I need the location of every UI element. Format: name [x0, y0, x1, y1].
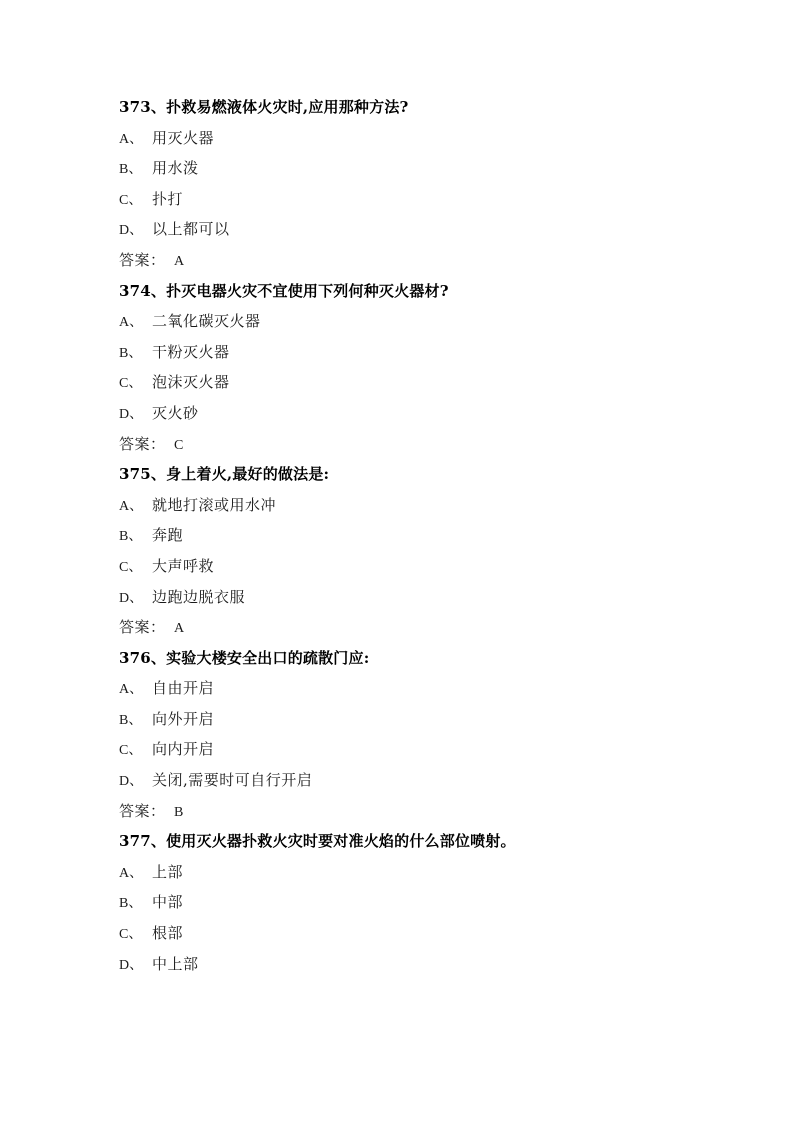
option-d: D、 边跑边脱衣服: [119, 585, 679, 616]
option-text: 向内开启: [152, 737, 214, 761]
answer-label: 答案：: [119, 432, 174, 456]
option-text: 扑打: [152, 187, 183, 211]
option-text: 根部: [152, 921, 183, 945]
option-letter: C、: [119, 923, 152, 947]
option-letter: A、: [119, 128, 152, 152]
question-title: 375、身上着火,最好的做法是:: [119, 462, 679, 493]
option-text: 自由开启: [152, 676, 214, 700]
answer-value: B: [174, 801, 183, 825]
option-letter: C、: [119, 189, 152, 213]
option-text: 干粉灭火器: [152, 340, 230, 364]
option-letter: D、: [119, 587, 152, 611]
answer-value: A: [174, 250, 184, 274]
option-letter: C、: [119, 556, 152, 580]
option-c: C、 泡沫灭火器: [119, 370, 679, 401]
option-a: A、 上部: [119, 860, 679, 891]
question-title: 373、扑救易燃液体火灾时,应用那种方法?: [119, 95, 679, 126]
option-letter: B、: [119, 709, 152, 733]
option-letter: D、: [119, 770, 152, 794]
option-text: 就地打滚或用水冲: [152, 493, 276, 517]
option-text: 用水泼: [152, 156, 199, 180]
option-b: B、 向外开启: [119, 707, 679, 738]
option-text: 灭火砂: [152, 401, 199, 425]
option-letter: D、: [119, 219, 152, 243]
option-letter: D、: [119, 403, 152, 427]
option-text: 以上都可以: [152, 217, 230, 241]
question-title: 377、使用灭火器扑救火灾时要对准火焰的什么部位喷射。: [119, 829, 679, 860]
question-block: 375、身上着火,最好的做法是: A、 就地打滚或用水冲 B、 奔跑 C、 大声…: [119, 462, 679, 646]
question-title: 374、扑灭电器火灾不宜使用下列何种灭火器材?: [119, 279, 679, 310]
option-d: D、 以上都可以: [119, 217, 679, 248]
option-text: 奔跑: [152, 523, 183, 547]
answer-label: 答案：: [119, 248, 174, 272]
option-letter: C、: [119, 372, 152, 396]
option-letter: A、: [119, 862, 152, 886]
option-letter: D、: [119, 954, 152, 978]
option-letter: B、: [119, 342, 152, 366]
option-d: D、 关闭,需要时可自行开启: [119, 768, 679, 799]
option-text: 二氧化碳灭火器: [152, 309, 261, 333]
answer-label: 答案：: [119, 615, 174, 639]
answer-label: 答案：: [119, 799, 174, 823]
option-b: B、 干粉灭火器: [119, 340, 679, 371]
option-d: D、 灭火砂: [119, 401, 679, 432]
option-letter: A、: [119, 495, 152, 519]
option-letter: B、: [119, 158, 152, 182]
answer-line: 答案： A: [119, 615, 679, 646]
option-text: 边跑边脱衣服: [152, 585, 245, 609]
answer-value: A: [174, 617, 184, 641]
option-letter: B、: [119, 525, 152, 549]
option-d: D、 中上部: [119, 952, 679, 983]
option-a: A、 自由开启: [119, 676, 679, 707]
option-b: B、 奔跑: [119, 523, 679, 554]
answer-line: 答案： A: [119, 248, 679, 279]
answer-value: C: [174, 434, 183, 458]
option-text: 中上部: [152, 952, 199, 976]
option-letter: A、: [119, 311, 152, 335]
option-b: B、 用水泼: [119, 156, 679, 187]
option-text: 关闭,需要时可自行开启: [152, 768, 312, 792]
option-text: 用灭火器: [152, 126, 214, 150]
option-c: C、 大声呼救: [119, 554, 679, 585]
option-c: C、 向内开启: [119, 737, 679, 768]
option-text: 大声呼救: [152, 554, 214, 578]
option-text: 泡沫灭火器: [152, 370, 230, 394]
option-c: C、 扑打: [119, 187, 679, 218]
question-block: 373、扑救易燃液体火灾时,应用那种方法? A、 用灭火器 B、 用水泼 C、 …: [119, 95, 679, 279]
option-text: 向外开启: [152, 707, 214, 731]
option-letter: A、: [119, 678, 152, 702]
option-text: 中部: [152, 890, 183, 914]
option-b: B、 中部: [119, 890, 679, 921]
option-a: A、 就地打滚或用水冲: [119, 493, 679, 524]
option-text: 上部: [152, 860, 183, 884]
option-letter: C、: [119, 739, 152, 763]
question-block: 374、扑灭电器火灾不宜使用下列何种灭火器材? A、 二氧化碳灭火器 B、 干粉…: [119, 279, 679, 463]
question-block: 376、实验大楼安全出口的疏散门应: A、 自由开启 B、 向外开启 C、 向内…: [119, 646, 679, 830]
option-a: A、 二氧化碳灭火器: [119, 309, 679, 340]
document-page: 373、扑救易燃液体火灾时,应用那种方法? A、 用灭火器 B、 用水泼 C、 …: [0, 0, 793, 1122]
option-letter: B、: [119, 892, 152, 916]
answer-line: 答案： C: [119, 432, 679, 463]
question-list: 373、扑救易燃液体火灾时,应用那种方法? A、 用灭火器 B、 用水泼 C、 …: [119, 95, 679, 982]
option-c: C、 根部: [119, 921, 679, 952]
option-a: A、 用灭火器: [119, 126, 679, 157]
question-title: 376、实验大楼安全出口的疏散门应:: [119, 646, 679, 677]
answer-line: 答案： B: [119, 799, 679, 830]
question-block: 377、使用灭火器扑救火灾时要对准火焰的什么部位喷射。 A、 上部 B、 中部 …: [119, 829, 679, 982]
